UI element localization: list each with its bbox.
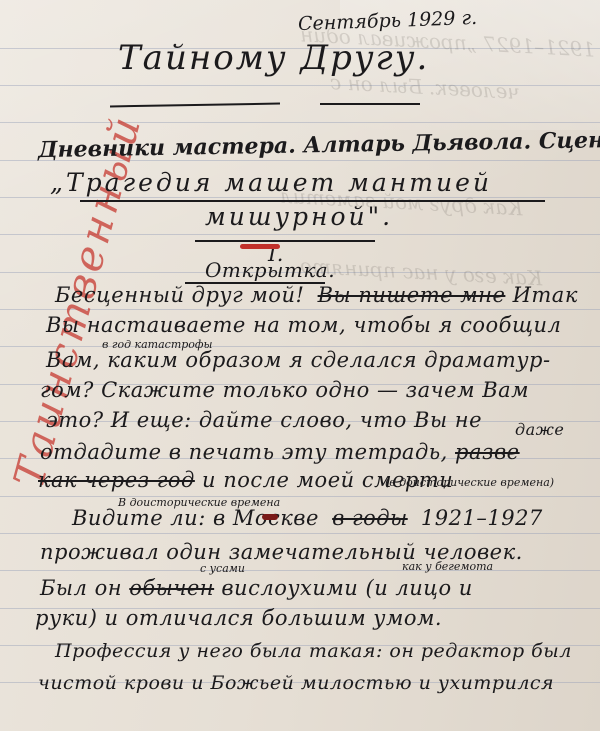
ruled-line xyxy=(0,122,600,123)
body-line-10: Был он обычен вислоухими (и лицо и xyxy=(40,576,473,600)
red-pencil-mark xyxy=(240,244,280,249)
title-underline xyxy=(320,103,420,105)
body-line-8: Видите ли: в Москве в годы 1921–1927 xyxy=(72,506,543,530)
struck-text: в годы xyxy=(332,506,408,530)
manuscript-page: 1921–1927 „проживал один человек. Был он… xyxy=(0,0,600,731)
ruled-line xyxy=(0,533,600,534)
red-pencil-mark xyxy=(262,514,278,520)
body-line-3: Вам, каким образом я сделался драматур- xyxy=(46,348,551,372)
struck-text: Вы пишете мне xyxy=(318,283,506,307)
body-line-11: руки) и отличался большим умом. xyxy=(35,606,442,630)
insertion-note: даже xyxy=(515,420,564,439)
title-underline xyxy=(110,103,280,107)
epigraph-line-2: мишурной". xyxy=(205,202,393,231)
insertion-note: с усами xyxy=(200,562,245,575)
chapter-title: Открытка. xyxy=(205,258,335,282)
body-line-2: Вы настаиваете на том, чтобы я сообщил xyxy=(46,313,561,337)
body-line-6: отдадите в печать эту тетрадь, разве xyxy=(40,440,520,464)
epigraph-underline xyxy=(195,240,375,242)
ruled-line xyxy=(0,496,600,497)
struck-text: обычен xyxy=(129,576,214,600)
ruled-line xyxy=(0,570,600,571)
body-line-13: чистой крови и Божьей милостью и ухитрил… xyxy=(38,672,554,694)
title: Тайному Другу. xyxy=(118,38,429,78)
insertion-note: как у бегемота xyxy=(402,560,493,573)
body-line-5: это? И еще: дайте слово, что Вы не xyxy=(46,408,482,432)
epigraph-line-1: „Трагедия машет мантией xyxy=(50,168,492,197)
body-line-12: Профессия у него была такая: он редактор… xyxy=(55,640,572,662)
body-line-4: гом? Скажите только одно — зачем Вам xyxy=(40,378,529,402)
body-line-7: как через год и после моей смерти xyxy=(38,468,453,492)
struck-text: как через год xyxy=(38,468,195,492)
body-line-1: Бесценный друг мой! Вы пишете мне Итак xyxy=(55,283,578,307)
struck-text: разве xyxy=(455,440,520,464)
